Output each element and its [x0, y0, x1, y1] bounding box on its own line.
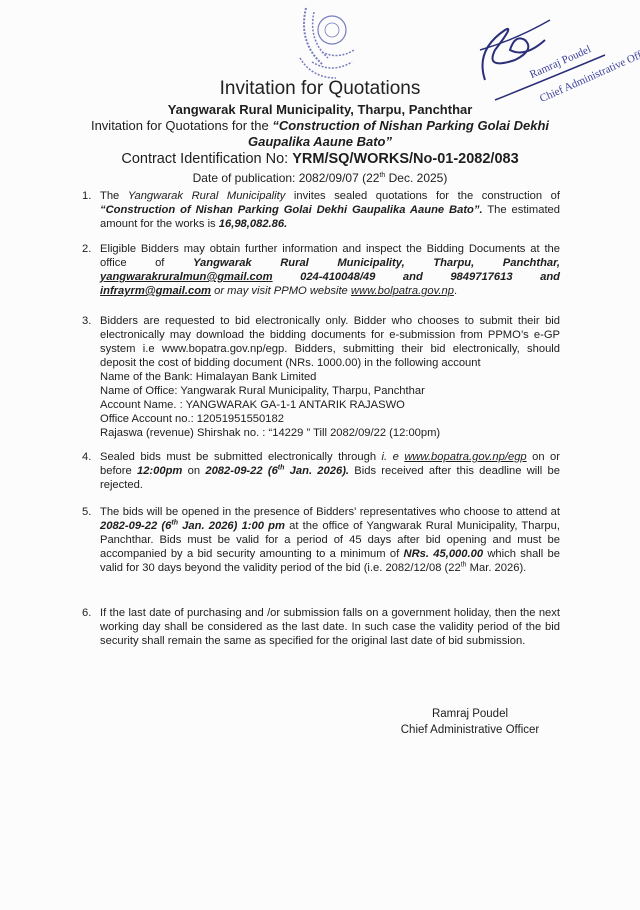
clause-text: invites sealed quotations for the constr… — [285, 190, 560, 202]
signatory-title: Chief Administrative Officer — [360, 722, 580, 738]
clause-text: The — [100, 190, 128, 202]
clause-text: i. e — [382, 451, 405, 463]
clause-text: Bidders are requested to bid electronica… — [100, 315, 560, 369]
clause-1: 1. The Yangwarak Rural Municipality invi… — [100, 189, 560, 231]
clause-number: 5. — [82, 505, 91, 519]
contract-number: YRM/SQ/WORKS/No-01-2082/083 — [292, 151, 518, 167]
clause-number: 1. — [82, 189, 91, 203]
estimated-amount: 16,98,082.86. — [219, 218, 287, 230]
ordinal-suffix: th — [171, 519, 178, 526]
clause-number: 6. — [82, 606, 91, 620]
clause-text: on — [182, 465, 205, 477]
email-link-infra[interactable]: infrayrm@gmail.com — [100, 285, 211, 297]
revenue-heading-number: Rajaswa (revenue) Shirshak no. : “14229 … — [100, 426, 560, 440]
clause-2: 2. Eligible Bidders may obtain further i… — [100, 242, 560, 298]
clause-number: 2. — [82, 242, 91, 256]
email-link-municipality[interactable]: yangwarakruralmun@gmail.com — [100, 271, 273, 283]
contract-label: Contract Identification No: — [121, 151, 292, 167]
clause-text: Sealed bids must be submitted electronic… — [100, 451, 382, 463]
project-name-part1: “Construction of Nishan Parking Golai De… — [272, 118, 549, 133]
account-number: Office Account no.: 12051951550182 — [100, 412, 560, 426]
clause-text: Mar. 2026). — [467, 562, 527, 574]
conjunction: and — [540, 271, 560, 283]
publication-date: Date of publication: 2082/09/07 (22th De… — [0, 170, 640, 186]
phone-number-office: 024-410048/49 — [300, 271, 375, 283]
phone-number-mobile: 9849717613 — [450, 271, 512, 283]
submission-deadline: 2082-09-22 (6th Jan. 2026). — [205, 465, 349, 477]
project-name-part2: Gaupalika Aaune Bato” — [0, 134, 640, 150]
bid-opening-datetime: 2082-09-22 (6th Jan. 2026) 1:00 pm — [100, 520, 285, 532]
office-name: Name of Office: Yangwarak Rural Municipa… — [100, 384, 560, 398]
official-stamp-icon — [292, 2, 362, 82]
opening-date: 2082-09-22 (6 — [100, 520, 171, 532]
submission-time: 12:00pm — [137, 465, 182, 477]
municipality-name: Yangwarak Rural Municipality, Tharpu, Pa… — [0, 102, 640, 118]
ppmo-website-link[interactable]: www.bolpatra.gov.np — [351, 285, 454, 297]
publication-date-suffix: Dec. 2025) — [385, 171, 447, 185]
opening-time: Jan. 2026) 1:00 pm — [178, 520, 285, 532]
clause-number: 4. — [82, 450, 91, 464]
subtitle-prefix: Invitation for Quotations for the — [91, 118, 272, 133]
clause-4: 4. Sealed bids must be submitted electro… — [100, 450, 560, 492]
bank-name: Name of the Bank: Himalayan Bank Limited — [100, 370, 560, 384]
clause-6: 6. If the last date of purchasing and /o… — [100, 606, 560, 648]
invitation-subtitle: Invitation for Quotations for the “Const… — [0, 118, 640, 134]
clause-number: 3. — [82, 314, 91, 328]
publication-date-text: Date of publication: 2082/09/07 (22 — [193, 171, 380, 185]
project-name-inline: “Construction of Nishan Parking Golai De… — [100, 204, 483, 216]
deadline-date: 2082-09-22 (6 — [205, 465, 277, 477]
bid-security-amount: NRs. 45,000.00 — [404, 548, 484, 560]
municipality-name-inline: Yangwarak Rural Municipality — [128, 190, 285, 202]
office-address: Yangwarak Rural Municipality, Tharpu, Pa… — [193, 257, 560, 269]
quotation-notice-page: Ramraj Poudel Chief Administrative Offic… — [0, 0, 640, 910]
clause-text: The bids will be opened in the presence … — [100, 506, 560, 518]
clause-text: If the last date of purchasing and /or s… — [100, 607, 560, 647]
account-name: Account Name. : YANGWARAK GA-1-1 ANTARIK… — [100, 398, 560, 412]
contract-identification: Contract Identification No: YRM/SQ/WORKS… — [0, 151, 640, 167]
deadline-date-suffix: Jan. 2026). — [284, 465, 349, 477]
egp-link[interactable]: www.bopatra.gov.np/egp — [404, 451, 526, 463]
clause-text: . — [454, 285, 457, 297]
document-title: Invitation for Quotations — [0, 78, 640, 100]
conjunction: and — [403, 271, 423, 283]
clause-5: 5. The bids will be opened in the presen… — [100, 505, 560, 575]
signatory-name: Ramraj Poudel — [360, 706, 580, 722]
clause-3: 3. Bidders are requested to bid electron… — [100, 314, 560, 440]
clause-text: or may visit PPMO website — [211, 285, 351, 297]
